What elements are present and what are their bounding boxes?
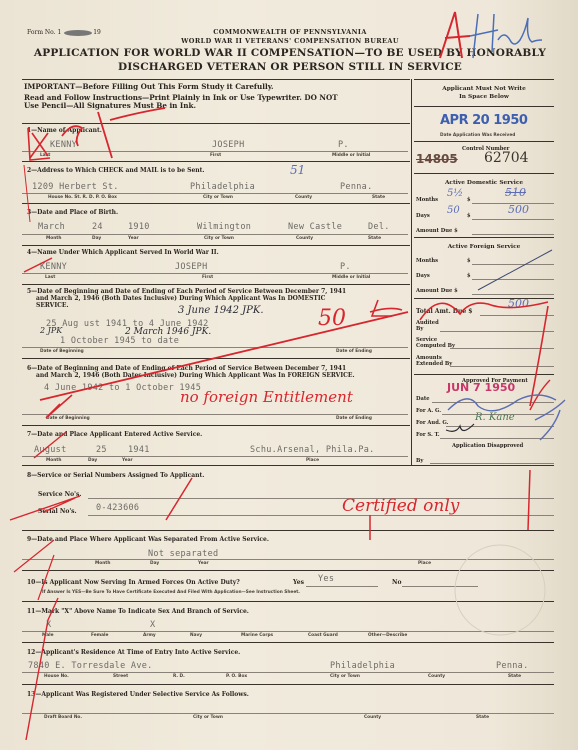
section-1-label: 1—Name of Applicant. (27, 127, 102, 134)
caption: House No. (44, 674, 69, 679)
caption: County (296, 236, 313, 241)
option-marine-corps[interactable]: Marine Corps (241, 633, 273, 638)
handwritten-note-51: 51 (290, 163, 305, 177)
divider (22, 425, 410, 426)
caption: Date of Beginning (40, 349, 84, 354)
foreign-amount-field[interactable] (472, 294, 554, 295)
caption: County (364, 715, 381, 720)
applicant-last-name[interactable]: KENNY (50, 140, 77, 150)
divider (22, 570, 554, 571)
field-line (472, 219, 554, 220)
document-page: Form No. 1 19 COMMONWEALTH OF PENNSYLVAN… (0, 0, 578, 750)
domestic-months-hand: 5½ (447, 188, 463, 199)
divider (414, 141, 554, 142)
caption: Day (150, 561, 159, 566)
caption: Date of Beginning (46, 416, 90, 421)
divider (414, 106, 554, 107)
separation-value[interactable]: Not separated (148, 549, 218, 559)
served-first-name[interactable]: JOSEPH (175, 262, 208, 272)
handwritten-red-amount: 50 (318, 306, 346, 331)
divider (414, 173, 554, 174)
caption: Place (418, 561, 431, 566)
section-13-label: 13—Applicant Was Registered Under Select… (27, 691, 249, 698)
domestic-days-hand: 50 (447, 205, 460, 216)
section-12-label: 12—Applicant's Residence At Time of Entr… (27, 649, 240, 656)
panel-heading-1: Applicant Must Not Write (414, 86, 554, 92)
divider (414, 298, 554, 299)
field-line (22, 713, 554, 714)
divider (22, 530, 554, 531)
section-9-label: 9—Date and Place Where Applicant Was Sep… (27, 536, 269, 543)
panel-heading-2: In Space Below (414, 94, 554, 100)
caption-first: First (210, 153, 221, 158)
section-5-label-3: SERVICE. (36, 302, 69, 309)
caption: Middle or Initial (332, 275, 370, 280)
serial-numbers-label: Serial No's. (38, 508, 77, 515)
divider (22, 123, 410, 124)
residence-state[interactable]: Penna. (496, 661, 529, 671)
birth-state[interactable]: Del. (368, 222, 390, 232)
caption: Draft Board No. (44, 715, 82, 720)
birth-month[interactable]: March (38, 222, 65, 232)
caption: Date of Ending (336, 349, 372, 354)
handwritten-correction-1: 3 June 1942 JPK. (178, 305, 264, 316)
option-navy[interactable]: Navy (190, 633, 202, 638)
handwritten-certified-note: Certified only (342, 496, 459, 516)
disapproved-label: Application Disapproved (452, 443, 523, 449)
aud-label: For Aud. G. (416, 420, 448, 426)
caption: Year (122, 458, 133, 463)
foreign-months-field[interactable] (472, 264, 554, 265)
caption: Street (113, 674, 128, 679)
audited-field[interactable] (440, 331, 554, 332)
currency-sign: $ (467, 258, 471, 264)
date-label: Date (416, 396, 430, 402)
served-last-name[interactable]: KENNY (40, 262, 67, 272)
caption: First (202, 275, 213, 280)
option-coast-guard[interactable]: Coast Guard (308, 633, 338, 638)
divider (22, 465, 554, 466)
divider (22, 203, 410, 204)
total-amount[interactable]: 500 (508, 297, 529, 310)
section-6-label-2: and March 2, 1946 (Both Dates Inclusive)… (36, 372, 408, 379)
option-other[interactable]: Other—Describe (368, 633, 407, 638)
section-3-label: 3—Date and Place of Birth. (27, 209, 118, 216)
residence-city[interactable]: Philadelphia (330, 661, 395, 671)
domestic-amount-field[interactable] (472, 234, 554, 235)
caption: City or Town (203, 195, 233, 200)
divider (22, 642, 554, 643)
service-numbers-field[interactable] (88, 498, 554, 499)
field-line (22, 414, 408, 415)
title-line-1: APPLICATION FOR WORLD WAR II COMPENSATIO… (10, 47, 570, 59)
agency-line-2: WORLD WAR II VETERANS' COMPENSATION BURE… (130, 37, 450, 45)
handwritten-foreign-note: no foreign Entitlement (180, 388, 353, 406)
currency-sign: $ (467, 273, 471, 279)
entry-month[interactable]: August (34, 445, 67, 455)
no-label: No (392, 579, 402, 586)
domestic-period-2[interactable]: 1 October 1945 to date (60, 336, 179, 346)
divider (22, 684, 554, 685)
foreign-period-1[interactable]: 4 June 1942 to 1 October 1945 (44, 383, 201, 393)
caption: House No. St. R. D. P. O. Box (48, 195, 117, 200)
blue-diagonal (478, 250, 552, 290)
residence-street[interactable]: 7840 E. Torresdale Ave. (28, 661, 153, 671)
control-number: 62704 (484, 150, 529, 166)
caption: State (372, 195, 385, 200)
divider (22, 245, 410, 246)
by-label: By (416, 458, 423, 464)
section-8-label: 8—Service or Serial Numbers Assigned To … (27, 472, 204, 479)
section-5-label-1: 5—Date of Beginning and Date of Ending o… (27, 288, 407, 295)
field-line (22, 456, 408, 457)
handwritten-initials: 2 JPK (40, 326, 62, 335)
birth-day[interactable]: 24 (92, 222, 103, 232)
caption: P. O. Box (226, 674, 247, 679)
red-check (370, 300, 402, 316)
divider (414, 237, 554, 238)
amounts-extended-field[interactable] (450, 366, 554, 367)
field-line (22, 672, 554, 673)
instructions-line-1: IMPORTANT—Before Filling Out This Form S… (24, 83, 274, 91)
instructions-line-3: Use Pencil—All Signatures Must Be in Ink… (24, 102, 196, 110)
form-number-text: Form No. 1 (27, 29, 61, 36)
serial-number[interactable]: 0-423606 (96, 503, 139, 513)
caption: City or Town (193, 715, 223, 720)
birth-city[interactable]: Wilmington (197, 222, 251, 232)
mail-street[interactable]: 1209 Herbert St. (32, 182, 119, 192)
received-date-caption: Date Application Was Received (440, 133, 515, 138)
field-line (22, 234, 408, 235)
field-line (22, 193, 408, 194)
section-11-label: 11—Mark "X" Above Name To Indicate Sex A… (27, 608, 249, 615)
entry-year[interactable]: 1941 (128, 445, 150, 455)
foreign-amount-label: Amount Due $ (416, 288, 458, 294)
caption: Year (198, 561, 209, 566)
foreign-days-field[interactable] (472, 279, 554, 280)
mark-army[interactable]: X (150, 620, 155, 630)
received-date-stamp: APR 20 1950 (440, 113, 527, 128)
divider (22, 79, 410, 80)
section-4-label: 4—Name Under Which Applicant Served In W… (27, 249, 219, 256)
divider (22, 161, 410, 162)
option-female[interactable]: Female (91, 633, 108, 638)
field-line (480, 315, 554, 316)
birth-county[interactable]: New Castle (288, 222, 342, 232)
entry-day[interactable]: 25 (96, 445, 107, 455)
red-line (166, 478, 192, 520)
yes-label: Yes (293, 579, 304, 586)
caption-last: Last (40, 153, 50, 158)
caption: County (295, 195, 312, 200)
divider (22, 601, 554, 602)
caption: Month (46, 458, 61, 463)
title-line-2: DISCHARGED VETERAN OR PERSON STILL IN SE… (10, 61, 570, 73)
option-army[interactable]: Army (143, 633, 156, 638)
field-line (22, 273, 408, 274)
foreign-days-label: Days (416, 273, 430, 279)
divider (22, 284, 410, 285)
caption: State (508, 674, 521, 679)
divider (414, 374, 554, 375)
mail-state[interactable]: Penna. (340, 182, 373, 192)
caption: Year (128, 236, 139, 241)
field-line (22, 347, 408, 348)
domestic-amount-label: Amount Due $ (416, 228, 458, 234)
red-line (530, 380, 550, 410)
caption: Day (88, 458, 97, 463)
currency-sign: $ (467, 197, 471, 203)
caption: Month (95, 561, 110, 566)
by-field[interactable] (430, 463, 554, 464)
aud-field[interactable] (446, 426, 554, 427)
section-10-label: 10—Is Applicant Now Serving In Armed For… (27, 579, 240, 586)
active-duty-yes-value[interactable]: Yes (318, 574, 334, 584)
panel-divider (411, 79, 412, 465)
control-number-struck: 14805 (416, 152, 458, 166)
caption: State (368, 236, 381, 241)
caption-middle: Middle or Initial (332, 153, 370, 158)
domestic-months-label: Months (416, 197, 438, 203)
caption: Place (306, 458, 319, 463)
caption: R. D. (173, 674, 185, 679)
domestic-heading: Active Domestic Service (414, 180, 554, 186)
caption: Last (45, 275, 55, 280)
st-label: For S. T. (416, 432, 440, 438)
caption: City or Town (204, 236, 234, 241)
section-2-label: 2—Address to Which CHECK and MAIL is to … (27, 167, 205, 174)
date-field[interactable] (432, 402, 554, 403)
aud-signature: R. Kane (475, 412, 515, 423)
caption: Day (92, 236, 101, 241)
served-middle-initial[interactable]: P. (340, 262, 351, 272)
ag-label: For A. G. (416, 408, 441, 414)
form-year: 19 (93, 29, 101, 36)
field-line (22, 151, 408, 152)
field-line (22, 631, 554, 632)
agency-line-1: COMMONWEALTH OF PENNSYLVANIA (150, 28, 430, 36)
section-10-note: If Answer Is YES—Be Sure To Have Certifi… (42, 590, 300, 595)
entry-place[interactable]: Schu.Arsenal, Phila.Pa. (250, 445, 375, 455)
mark-male[interactable]: X (46, 620, 51, 630)
caption: City or Town (330, 674, 360, 679)
caption: Month (46, 236, 61, 241)
domestic-days-label: Days (416, 213, 430, 219)
domestic-months-amount[interactable]: 510 (505, 186, 526, 199)
no-field[interactable] (402, 586, 478, 587)
domestic-days-amount[interactable]: 500 (508, 203, 529, 216)
applicant-first-name[interactable]: JOSEPH (212, 140, 245, 150)
applicant-middle-initial[interactable]: P. (338, 140, 349, 150)
form-number: Form No. 1 19 (27, 29, 101, 36)
caption: Date of Ending (336, 416, 372, 421)
foreign-heading: Active Foreign Service (414, 244, 554, 250)
option-male[interactable]: Male (42, 633, 54, 638)
foreign-months-label: Months (416, 258, 438, 264)
birth-year[interactable]: 1910 (128, 222, 150, 232)
section-5-label-2: and March 2, 1946 (Both Dates Inclusive)… (36, 295, 406, 302)
divider (22, 358, 410, 359)
approved-date-stamp: JUN 7 1950 (447, 381, 515, 394)
total-label: Total Amt. Due $ (416, 308, 472, 315)
seal-icon (64, 30, 92, 36)
st-field[interactable] (440, 438, 554, 439)
currency-sign: $ (467, 213, 471, 219)
caption: County (428, 674, 445, 679)
yes-field (306, 586, 378, 587)
service-numbers-label: Service No's. (38, 491, 81, 498)
field-line (88, 515, 554, 516)
section-7-label: 7—Date and Place Applicant Entered Activ… (27, 431, 202, 438)
caption: State (476, 715, 489, 720)
divider (414, 79, 554, 80)
service-computed-field[interactable] (450, 348, 554, 349)
section-6-label-1: 6—Date of Beginning and Date of Ending o… (27, 365, 407, 372)
field-line (22, 559, 554, 560)
mail-city[interactable]: Philadelphia (190, 182, 255, 192)
